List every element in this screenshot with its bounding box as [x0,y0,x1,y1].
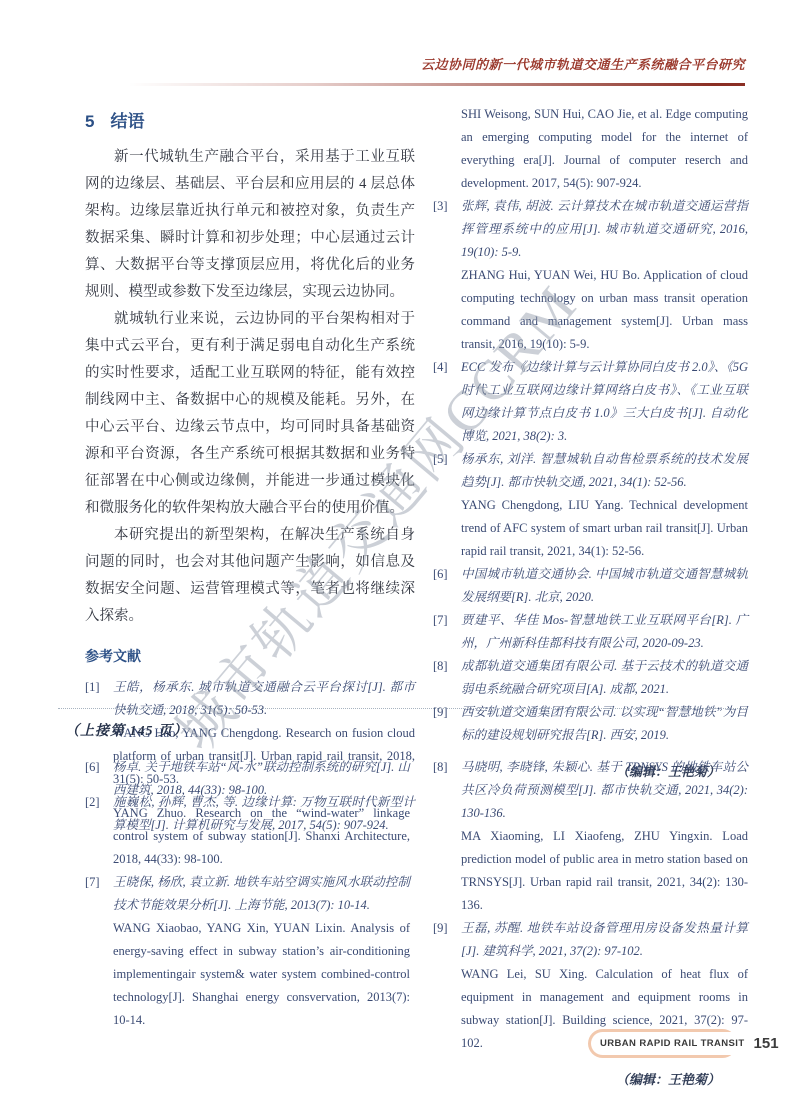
reference-body: SHI Weisong, SUN Hui, CAO Jie, et al. Ed… [461,103,748,195]
reference-number: [9] [433,917,461,1055]
footer-journal-label: URBAN RAPID RAIL TRANSIT [591,1032,754,1055]
footer-page-pill: URBAN RAPID RAIL TRANSIT 151 [588,1029,737,1058]
reference-zh-text: 中国城市轨道交通协会. 中国城市轨道交通智慧城轨发展纲要[R]. 北京, 202… [461,563,748,609]
reference-zh-text: 王晓保, 杨欣, 袁立新. 地铁车站空调实施风水联动控制技术节能效果分析[J].… [113,871,410,917]
reference-body: 张辉, 袁伟, 胡波. 云计算技术在城市轨道交通运营指挥管理系统中的应用[J].… [461,195,748,356]
reference-zh-text: 马晓明, 李晓锋, 朱颖心. 基于 TRNSYS 的地铁车站公共区冷负荷预测模型… [461,756,748,825]
page-number: 151 [754,1035,779,1052]
conclusion-paragraph: 就城轨行业来说，云边协同的平台架构相对于集中式云平台，更有利于满足弱电自动化生产… [85,306,415,522]
reference-item: [5] 杨承东, 刘洋. 智慧城轨自动售检票系统的技术发展趋势[J]. 都市快轨… [433,448,748,563]
reference-en-text: SHI Weisong, SUN Hui, CAO Jie, et al. Ed… [461,103,748,195]
reference-body: 成都轨道交通集团有限公司. 基于云技术的轨道交通弱电系统融合研究项目[A]. 成… [461,655,748,701]
conclusion-paragraph: 本研究提出的新型架构，在解决生产系统自身问题的同时，也会对其他问题产生影响，如信… [85,522,415,630]
dotted-divider [58,708,748,709]
reference-zh-text: ECC 发布《边缘计算与云计算协同白皮书 2.0》、《5G 时代工业互联网边缘计… [461,356,748,448]
running-title: 云边协同的新一代城市轨道交通生产系统融合平台研究 [421,54,745,73]
reference-body: 王晓保, 杨欣, 袁立新. 地铁车站空调实施风水联动控制技术节能效果分析[J].… [113,871,410,1032]
reference-en-text: WANG Xiaobao, YANG Xin, YUAN Lixin. Anal… [113,917,410,1032]
reference-en-text: MA Xiaoming, LI Xiaofeng, ZHU Yingxin. L… [461,825,748,917]
references-heading: 参考文献 [85,646,415,666]
reference-zh-text: 王磊, 苏醒. 地铁车站设备管理用房设备发热量计算[J]. 建筑科学, 2021… [461,917,748,963]
reference-item: [3] 张辉, 袁伟, 胡波. 云计算技术在城市轨道交通运营指挥管理系统中的应用… [433,195,748,356]
reference-body: 杨卓. 关于地铁车站“风-水”联动控制系统的研究[J]. 山西建筑, 2018,… [113,756,410,871]
continuation-left-column: [6] 杨卓. 关于地铁车站“风-水”联动控制系统的研究[J]. 山西建筑, 2… [85,756,410,1088]
reference-item: [4] ECC 发布《边缘计算与云计算协同白皮书 2.0》、《5G 时代工业互联… [433,356,748,448]
reference-number: [6] [85,756,113,871]
reference-body: ECC 发布《边缘计算与云计算协同白皮书 2.0》、《5G 时代工业互联网边缘计… [461,356,748,448]
reference-zh-text: 贾建平、华佳 Mos-智慧地铁工业互联网平台[R]. 广州，广州新科佳都科技有限… [461,609,748,655]
reference-item: [8] 成都轨道交通集团有限公司. 基于云技术的轨道交通弱电系统融合研究项目[A… [433,655,748,701]
section-number: 5 [85,112,94,132]
reference-number: [7] [433,609,461,655]
reference-number [433,103,461,195]
reference-number: [6] [433,563,461,609]
section-title: 结语 [110,107,144,132]
journal-page: 云边协同的新一代城市轨道交通生产系统融合平台研究 城市轨道交通网CCRM 5 结… [0,0,800,1095]
reference-en-text: YANG Chengdong, LIU Yang. Technical deve… [461,494,748,563]
reference-item: SHI Weisong, SUN Hui, CAO Jie, et al. Ed… [433,103,748,195]
continuation-label: （上接第 145 页） [65,720,748,740]
reference-zh-text: 成都轨道交通集团有限公司. 基于云技术的轨道交通弱电系统融合研究项目[A]. 成… [461,655,748,701]
reference-body: 杨承东, 刘洋. 智慧城轨自动售检票系统的技术发展趋势[J]. 都市快轨交通, … [461,448,748,563]
reference-body: 中国城市轨道交通协会. 中国城市轨道交通智慧城轨发展纲要[R]. 北京, 202… [461,563,748,609]
reference-zh-text: 张辉, 袁伟, 胡波. 云计算技术在城市轨道交通运营指挥管理系统中的应用[J].… [461,195,748,264]
reference-item: [6] 中国城市轨道交通协会. 中国城市轨道交通智慧城轨发展纲要[R]. 北京,… [433,563,748,609]
reference-body: 马晓明, 李晓锋, 朱颖心. 基于 TRNSYS 的地铁车站公共区冷负荷预测模型… [461,756,748,917]
reference-number: [8] [433,756,461,917]
conclusion-paragraph: 新一代城轨生产融合平台，采用基于工业互联网的边缘层、基础层、平台层和应用层的 4… [85,144,415,306]
reference-number: [3] [433,195,461,356]
reference-item: [8] 马晓明, 李晓锋, 朱颖心. 基于 TRNSYS 的地铁车站公共区冷负荷… [433,756,748,917]
reference-zh-text: 杨卓. 关于地铁车站“风-水”联动控制系统的研究[J]. 山西建筑, 2018,… [113,756,410,802]
section-heading: 5 结语 [85,107,415,132]
reference-item: [7] 王晓保, 杨欣, 袁立新. 地铁车站空调实施风水联动控制技术节能效果分析… [85,871,410,1032]
reference-number: [4] [433,356,461,448]
editor-credit: （编辑：王艳菊） [433,1069,748,1088]
reference-en-text: ZHANG Hui, YUAN Wei, HU Bo. Application … [461,264,748,356]
reference-zh-text: 王皓，杨承东. 城市轨道交通融合云平台探讨[J]. 都市快轨交通, 2018, … [113,676,415,722]
reference-number: [8] [433,655,461,701]
reference-number: [5] [433,448,461,563]
reference-item: [7] 贾建平、华佳 Mos-智慧地铁工业互联网平台[R]. 广州，广州新科佳都… [433,609,748,655]
reference-en-text: YANG Zhuo. Research on the “wind-water” … [113,802,410,871]
header-rule-divider [128,83,745,86]
reference-item: [6] 杨卓. 关于地铁车站“风-水”联动控制系统的研究[J]. 山西建筑, 2… [85,756,410,871]
reference-zh-text: 杨承东, 刘洋. 智慧城轨自动售检票系统的技术发展趋势[J]. 都市快轨交通, … [461,448,748,494]
reference-number: [7] [85,871,113,1032]
reference-body: 贾建平、华佳 Mos-智慧地铁工业互联网平台[R]. 广州，广州新科佳都科技有限… [461,609,748,655]
